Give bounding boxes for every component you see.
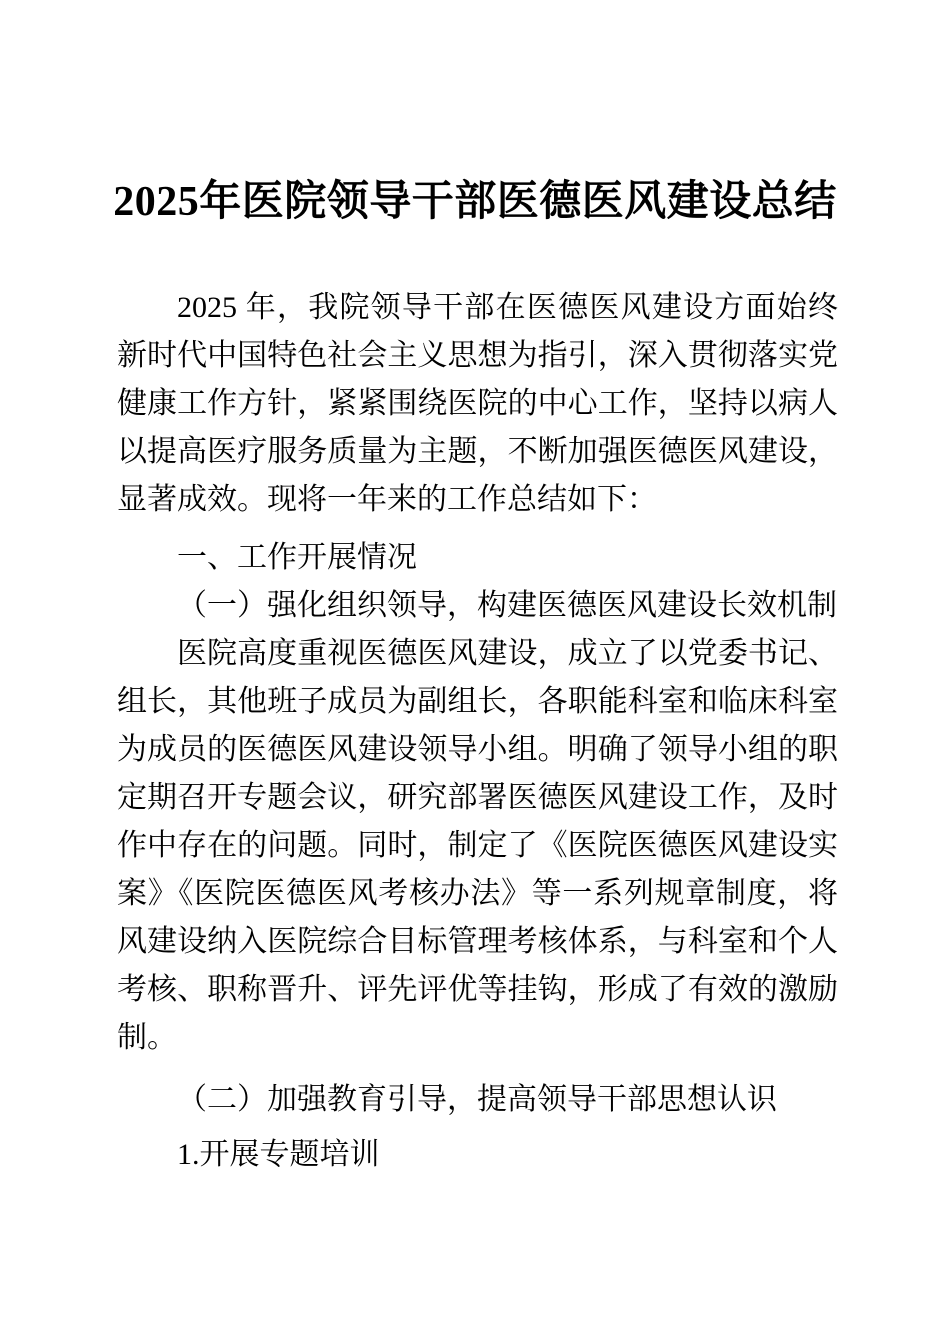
text-line: 作中存在的问题。同时，制定了《医院医德医风建设实施方 — [117, 822, 838, 870]
text-line: 2025 年，我院领导干部在医德医风建设方面始终以 XXX — [117, 284, 838, 332]
text-line: 考核、职称晋升、评先评优等挂钩，形成了有效的激励约束机 — [117, 966, 838, 1014]
text-line: 组长，其他班子成员为副组长，各职能科室和临床科室负责人 — [117, 678, 838, 726]
text-line: 风建设纳入医院综合目标管理考核体系，与科室和个人的绩效 — [117, 918, 838, 966]
text-line: 医院高度重视医德医风建设，成立了以党委书记、院长为 — [117, 630, 838, 678]
text-line: 一、工作开展情况 — [117, 534, 838, 582]
document-body: 2025 年，我院领导干部在医德医风建设方面始终以 XXX新时代中国特色社会主义… — [117, 284, 838, 1179]
text-line: （一）强化组织领导，构建医德医风建设长效机制 — [117, 582, 838, 630]
text-line: 1.开展专题培训 — [117, 1131, 838, 1179]
text-line: 定期召开专题会议，研究部署医德医风建设工作，及时解决工 — [117, 774, 838, 822]
text-line: 制。 — [117, 1014, 838, 1062]
text-line: 以提高医疗服务质量为主题，不断加强医德医风建设，取得了 — [117, 428, 838, 476]
text-line: 显著成效。现将一年来的工作总结如下： — [117, 476, 838, 524]
text-line: 案》《医院医德医风考核办法》等一系列规章制度，将医德医 — [117, 870, 838, 918]
text-line: （二）加强教育引导，提高领导干部思想认识 — [117, 1076, 838, 1124]
document-page: 2025年医院领导干部医德医风建设总结 2025 年，我院领导干部在医德医风建设… — [0, 0, 950, 1344]
text-line: 新时代中国特色社会主义思想为指引，深入贯彻落实党的卫生 — [117, 332, 838, 380]
text-line: 为成员的医德医风建设领导小组。明确了领导小组的职责分工， — [117, 726, 838, 774]
text-line: 健康工作方针，紧紧围绕医院的中心工作，坚持以病人为中心， — [117, 380, 838, 428]
document-title: 2025年医院领导干部医德医风建设总结 — [0, 176, 950, 228]
